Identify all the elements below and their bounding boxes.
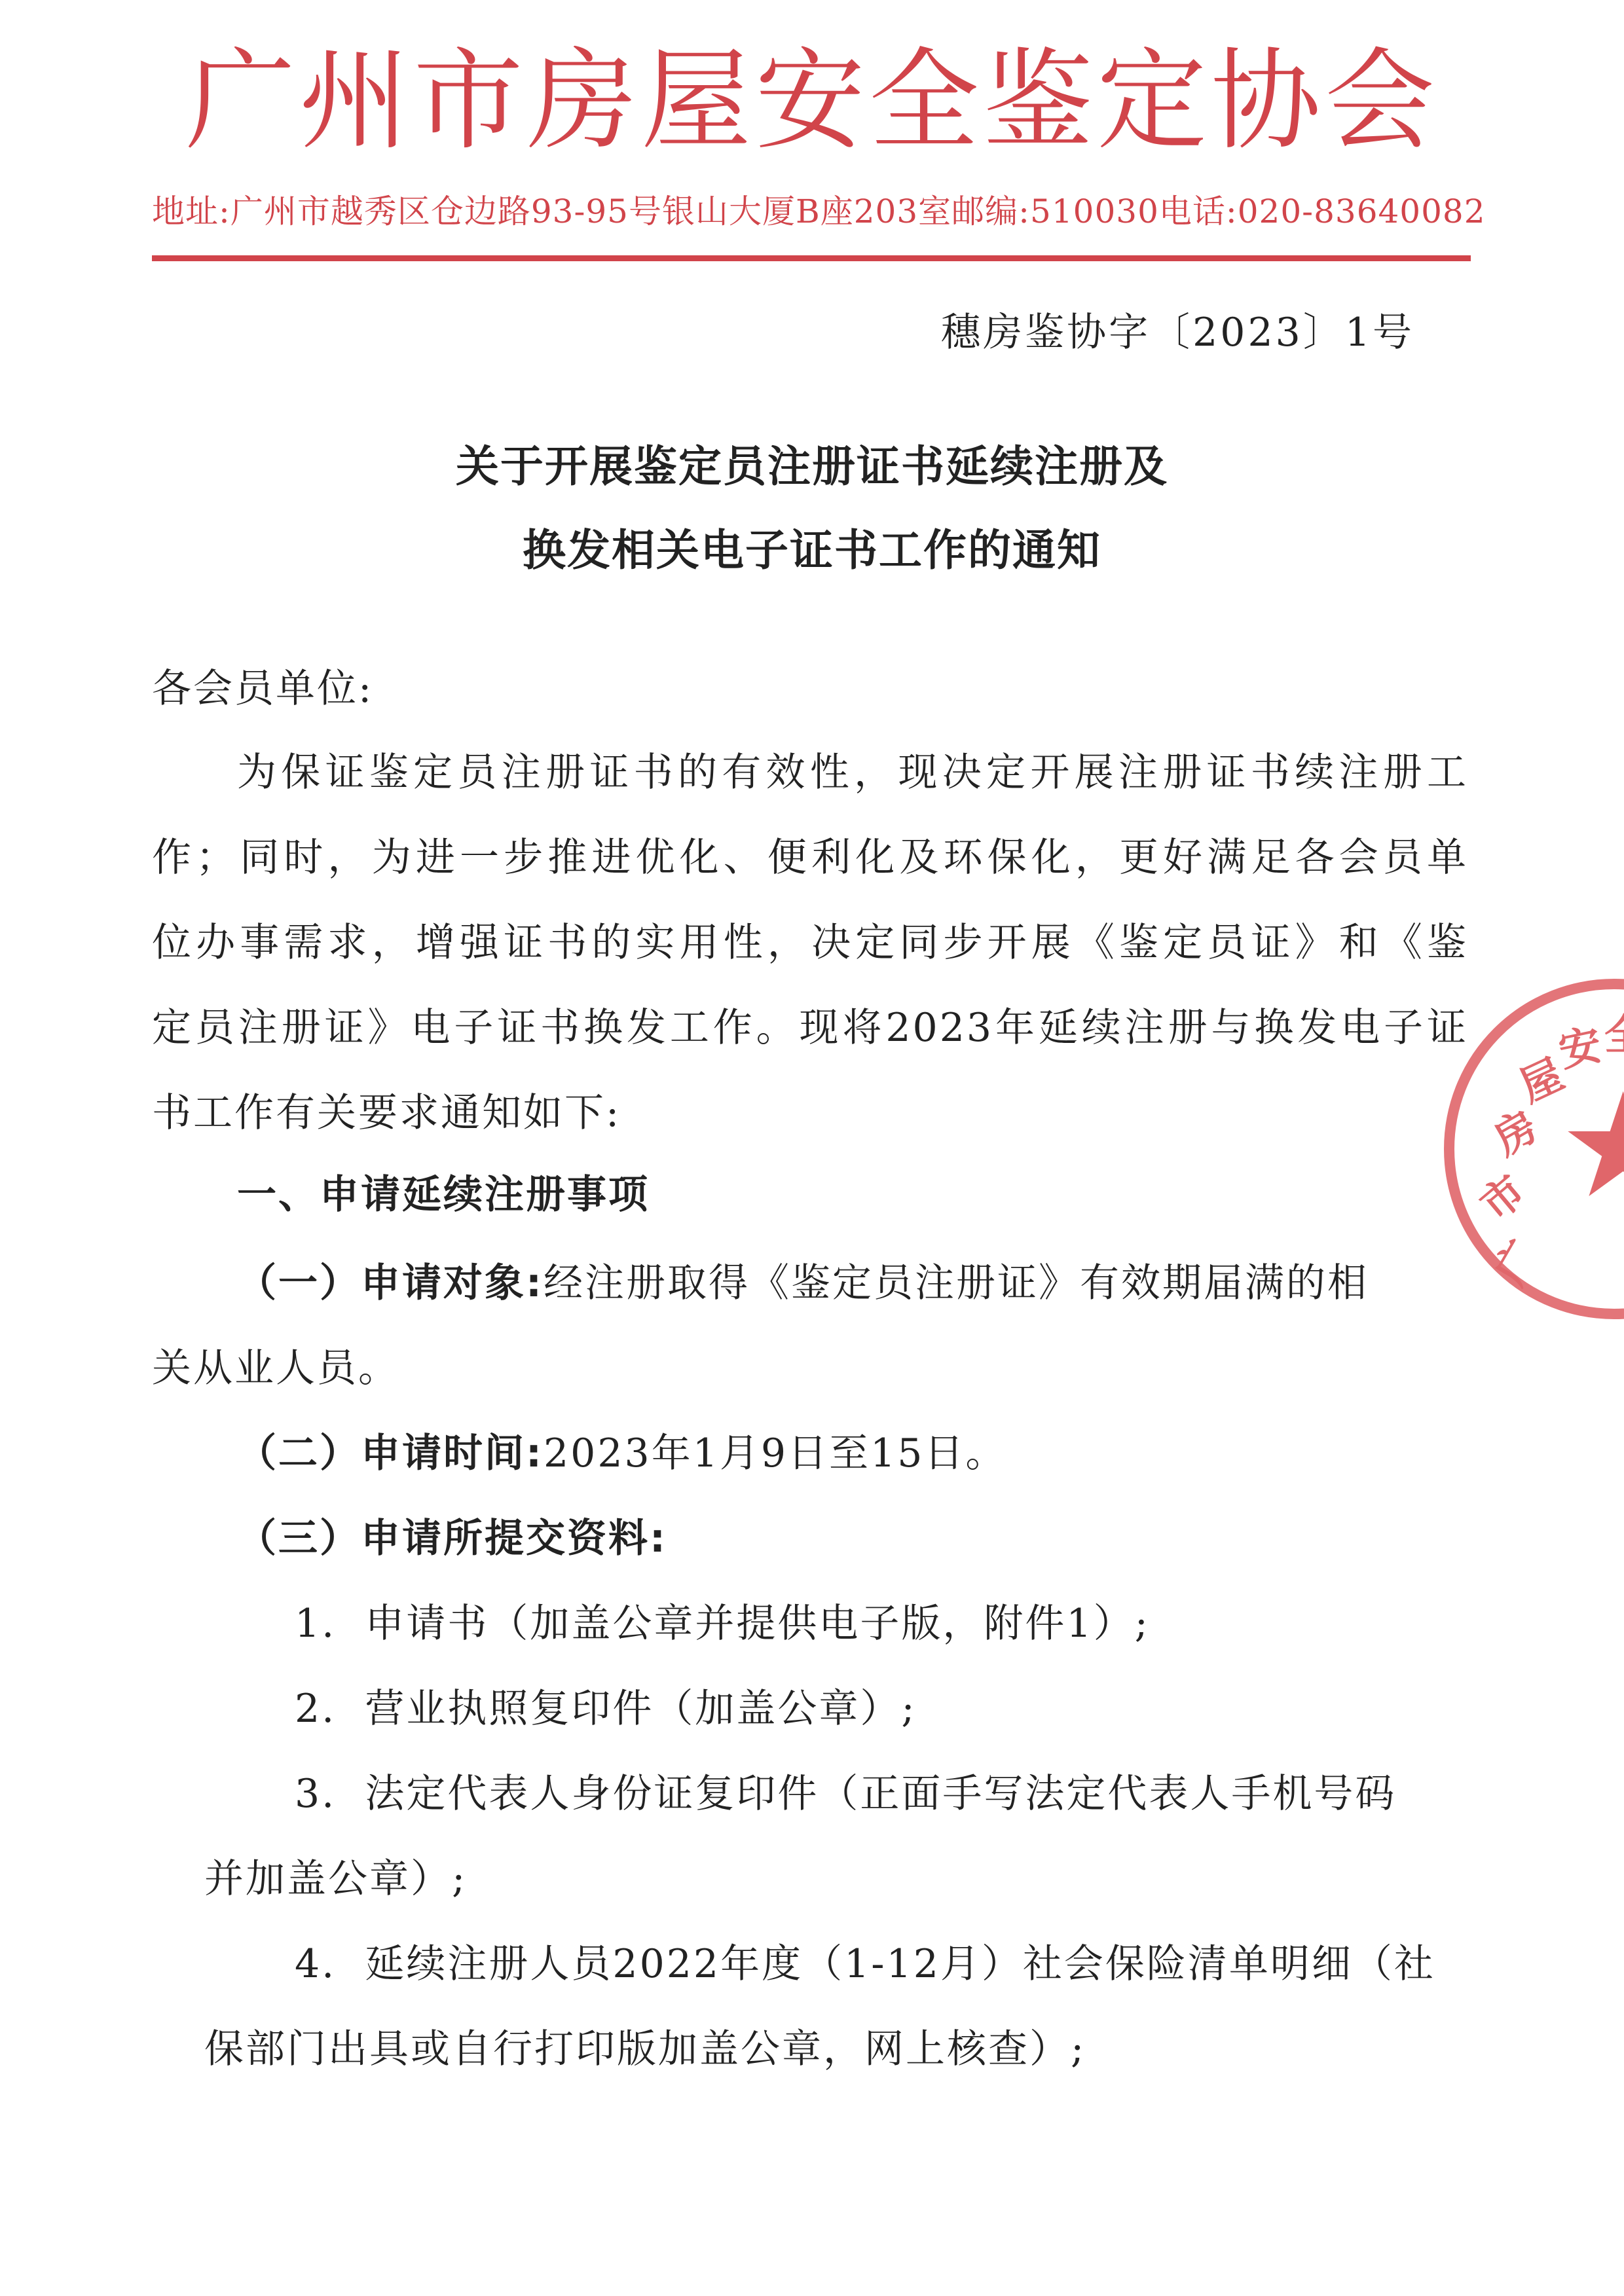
item-2: （二）申请时间:2023年1月9日至15日。 <box>237 1434 1553 1473</box>
paragraph-line: 作；同时，为进一步推进优化、便利化及环保化，更好满足各会员单 <box>152 838 1468 877</box>
letterhead-contact: 地址:广州市越秀区仓边路93-95号银山大厦B座203室 邮编:510030 电… <box>152 195 1468 228</box>
item-1-text: 经注册取得《鉴定员注册证》有效期届满的相 <box>544 1260 1369 1306</box>
material-1: 1. 申请书（加盖公章并提供电子版，附件1）; <box>295 1604 1611 1643</box>
material-text: 延续注册人员2022年度（1-12月）社会保险清单明细（社 <box>365 1941 1435 1987</box>
material-num: 3. <box>295 1771 336 1817</box>
section-heading: 一、申请延续注册事项 <box>237 1175 1553 1214</box>
letterhead-address: 地址:广州市越秀区仓边路93-95号银山大厦B座203室 <box>152 195 951 228</box>
document-title-line-1: 关于开展鉴定员注册证书延续注册及 <box>0 445 1624 488</box>
item-1: （一）申请对象:经注册取得《鉴定员注册证》有效期届满的相 <box>237 1264 1468 1303</box>
item-1-label: （一）申请对象: <box>237 1260 544 1306</box>
document-number: 穗房鉴协字〔2023〕1号 <box>941 313 1414 352</box>
letterhead-postcode: 邮编:510030 <box>951 195 1159 228</box>
material-text: 法定代表人身份证复印件（正面手写法定代表人手机号码 <box>365 1771 1396 1817</box>
document-title-line-2: 换发相关电子证书工作的通知 <box>0 529 1624 572</box>
material-4-cont: 保部门出具或自行打印版加盖公章，网上核查）; <box>204 2030 1521 2069</box>
material-2: 2. 营业执照复印件（加盖公章）; <box>295 1689 1611 1728</box>
item-3-label: （三）申请所提交资料: <box>237 1519 1553 1558</box>
paragraph-line: 位办事需求，增强证书的实用性，决定同步开展《鉴定员证》和《鉴 <box>152 923 1468 962</box>
material-3-cont: 并加盖公章）; <box>204 1859 1521 1899</box>
paragraph-line: 为保证鉴定员注册证书的有效性，现决定开展注册证书续注册工 <box>237 753 1468 792</box>
letterhead-phone: 电话:020-83640082 <box>1159 195 1486 228</box>
letterhead-org-name: 广州市房屋安全鉴定协会 <box>0 46 1624 156</box>
paragraph-line: 书工作有关要求通知如下: <box>152 1093 1468 1133</box>
material-num: 2. <box>295 1686 336 1732</box>
paragraph-line: 定员注册证》电子证书换发工作。现将2023年延续注册与换发电子证 <box>152 1008 1468 1048</box>
letterhead-divider <box>152 255 1471 261</box>
material-num: 1. <box>295 1601 336 1647</box>
material-3: 3. 法定代表人身份证复印件（正面手写法定代表人手机号码 <box>295 1774 1611 1813</box>
material-text: 申请书（加盖公章并提供电子版，附件1）; <box>365 1601 1149 1647</box>
item-1-cont: 关从业人员。 <box>152 1349 1468 1388</box>
material-4: 4. 延续注册人员2022年度（1-12月）社会保险清单明细（社 <box>295 1944 1611 1984</box>
item-2-label: （二）申请时间: <box>237 1430 544 1476</box>
material-text: 营业执照复印件（加盖公章）; <box>365 1686 916 1732</box>
seal-char: 全 <box>1604 1002 1624 1062</box>
salutation: 各会员单位: <box>152 669 1468 708</box>
item-2-text: 2023年1月9日至15日。 <box>544 1430 1006 1476</box>
material-num: 4. <box>295 1941 336 1987</box>
